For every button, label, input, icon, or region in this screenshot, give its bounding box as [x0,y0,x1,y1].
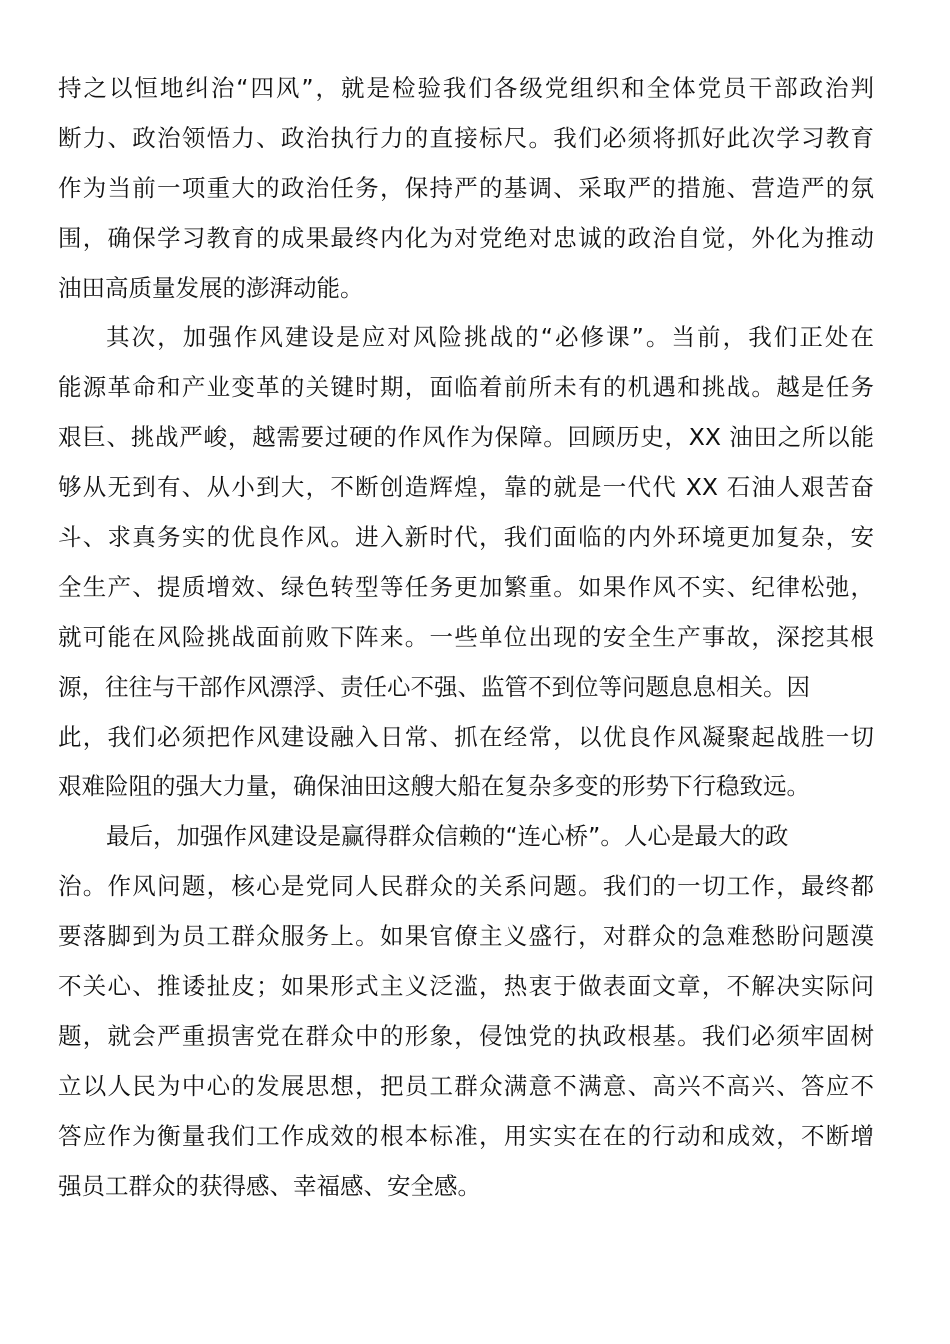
text-line: 够从无到有、从小到大，不断创造辉煌，靠的就是一代代 XX 石油人艰苦奋 [58,463,874,513]
text-line: 艰难险阻的强大力量，确保油田这艘大船在复杂多变的形势下行稳致远。 [58,762,888,812]
document-page: 持之以恒地纠治“四风”，就是检验我们各级党组织和全体党员干部政治判 断力、政治领… [0,0,950,1344]
text-line: 断力、政治领悟力、政治执行力的直接标尺。我们必须将抓好此次学习教育 [58,114,874,164]
text-line: 立以人民为中心的发展思想，把员工群众满意不满意、高兴不高兴、答应不 [58,1062,874,1112]
text-line: 全生产、提质增效、绿色转型等任务更加繁重。如果作风不实、纪律松弛， [58,563,874,613]
text-line: 治。作风问题，核心是党同人民群众的关系问题。我们的一切工作，最终都 [58,862,874,912]
text-line: 围，确保学习教育的成果最终内化为对党绝对忠诚的政治自觉，外化为推动 [58,214,874,264]
text-line: 艰巨、挑战严峻，越需要过硬的作风作为保障。回顾历史，XX 油田之所以能 [58,413,874,463]
text-line: 答应作为衡量我们工作成效的根本标准，用实实在在的行动和成效，不断增 [58,1112,874,1162]
document-body: 持之以恒地纠治“四风”，就是检验我们各级党组织和全体党员干部政治判 断力、政治领… [58,64,888,1211]
text-line: 强员工群众的获得感、幸福感、安全感。 [58,1162,888,1212]
text-line: 能源革命和产业变革的关键时期，面临着前所未有的机遇和挑战。越是任务 [58,363,874,413]
text-line: 题，就会严重损害党在群众中的形象，侵蚀党的执政根基。我们必须牢固树 [58,1012,874,1062]
text-line: 作为当前一项重大的政治任务，保持严的基调、采取严的措施、营造严的氛 [58,164,874,214]
text-line: 要落脚到为员工群众服务上。如果官僚主义盛行，对群众的急难愁盼问题漠 [58,912,874,962]
text-line: 不关心、推诿扯皮；如果形式主义泛滥，热衷于做表面文章，不解决实际问 [58,962,874,1012]
paragraph-2: 其次，加强作风建设是应对风险挑战的“必修课”。当前，我们正处在 能源革命和产业变… [58,313,888,812]
text-line: 此，我们必须把作风建设融入日常、抓在经常，以优良作风凝聚起战胜一切 [58,713,874,763]
text-line: 油田高质量发展的澎湃动能。 [58,264,888,314]
paragraph-3: 最后，加强作风建设是赢得群众信赖的“连心桥”。人心是最大的政 治。作风问题，核心… [58,812,888,1211]
text-line-indented: 其次，加强作风建设是应对风险挑战的“必修课”。当前，我们正处在 [58,313,874,363]
text-line: 就可能在风险挑战面前败下阵来。一些单位出现的安全生产事故，深挖其根 [58,613,874,663]
text-line: 斗、求真务实的优良作风。进入新时代，我们面临的内外环境更加复杂，安 [58,513,874,563]
text-line-indented: 最后，加强作风建设是赢得群众信赖的“连心桥”。人心是最大的政 [58,812,874,862]
text-line: 持之以恒地纠治“四风”，就是检验我们各级党组织和全体党员干部政治判 [58,64,874,114]
text-line: 源，往往与干部作风漂浮、责任心不强、监管不到位等问题息息相关。因 [58,663,888,713]
paragraph-1: 持之以恒地纠治“四风”，就是检验我们各级党组织和全体党员干部政治判 断力、政治领… [58,64,888,313]
